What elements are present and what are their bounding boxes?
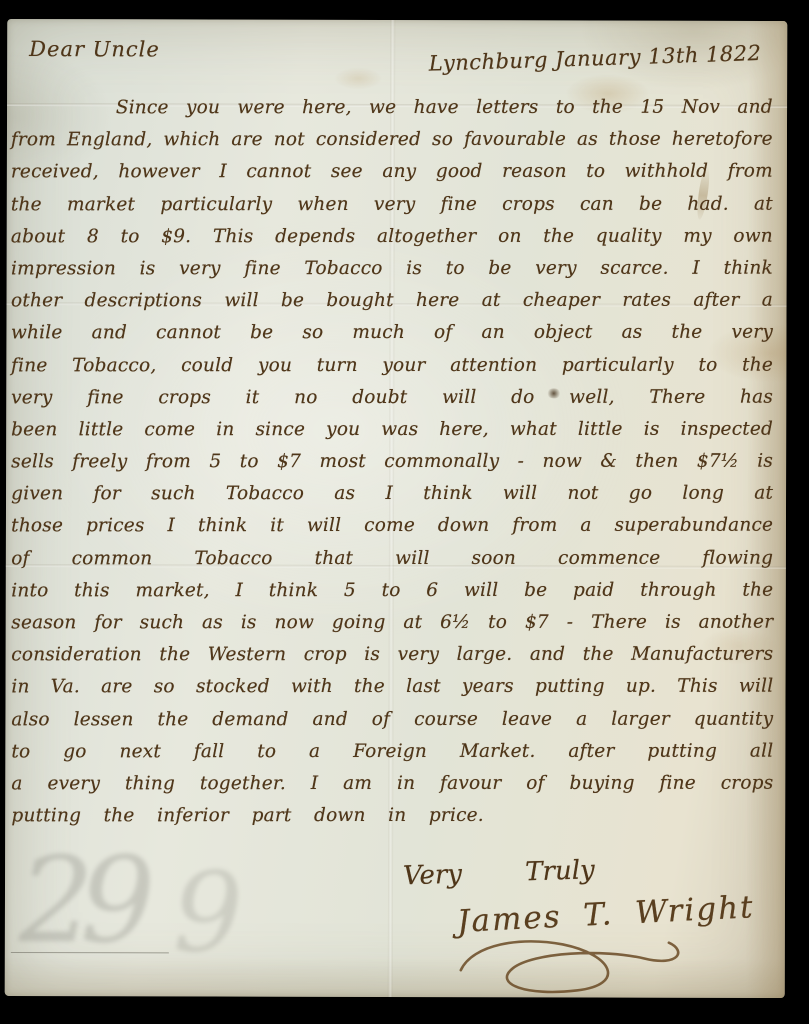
letter-line: given for such Tobacco as I think will n… [11,478,773,511]
signature-flourish [455,934,693,997]
letter-line: the market particularly when very fine c… [11,188,773,221]
pencil-mark: 29 [19,841,141,959]
letter-line: received, however I cannot see any good … [11,156,773,189]
letter-line: into this market, I think 5 to 6 will be… [11,574,773,607]
letter-line: those prices I think it will come down f… [11,510,773,543]
letter-line: putting the inferior part down in price. [11,800,483,833]
salutation: Dear Uncle [29,37,160,61]
letter-line: impression is very fine Tobacco is to be… [11,253,773,286]
letter-line: also lessen the demand and of course lea… [11,703,773,736]
letter-line: season for such as is now going at 6½ to… [11,607,773,640]
pencil-mark: 9 [173,857,243,967]
letter-body: Since you were here, we have letters to … [11,92,774,833]
paper-sheet: Dear Uncle Lynchburg January 13th 1822 S… [5,19,788,998]
letter-line: from England, which are not considered s… [11,124,773,157]
letter-line: fine Tobacco, could you turn your attent… [11,349,773,382]
letter-photo: Dear Uncle Lynchburg January 13th 1822 S… [0,0,809,1024]
letter-line: a every thing together. I am in favour o… [11,768,773,801]
letter-line: of common Tobacco that will soon commenc… [11,542,773,575]
letter-line: while and cannot be so much of an object… [11,317,773,350]
letter-line: to go next fall to a Foreign Market. aft… [11,735,773,768]
letter-line: been little come in since you was here, … [11,414,773,447]
letter-line: other descriptions will be bought here a… [11,285,773,318]
letter-line: consideration the Western crop is very l… [11,639,773,672]
letter-line: very fine crops it no doubt will do well… [11,381,773,414]
closing: Very Truly [403,855,596,891]
letter-line: about 8 to $9. This depends altogether o… [11,220,773,253]
letter-line: in Va. are so stocked with the last year… [11,671,773,704]
signature: James T. Wright [456,889,755,940]
letter-line: sells freely from 5 to $7 most commonall… [11,446,773,479]
dateline: Lynchburg January 13th 1822 [429,41,762,76]
letter-line: Since you were here, we have letters to … [11,92,773,125]
